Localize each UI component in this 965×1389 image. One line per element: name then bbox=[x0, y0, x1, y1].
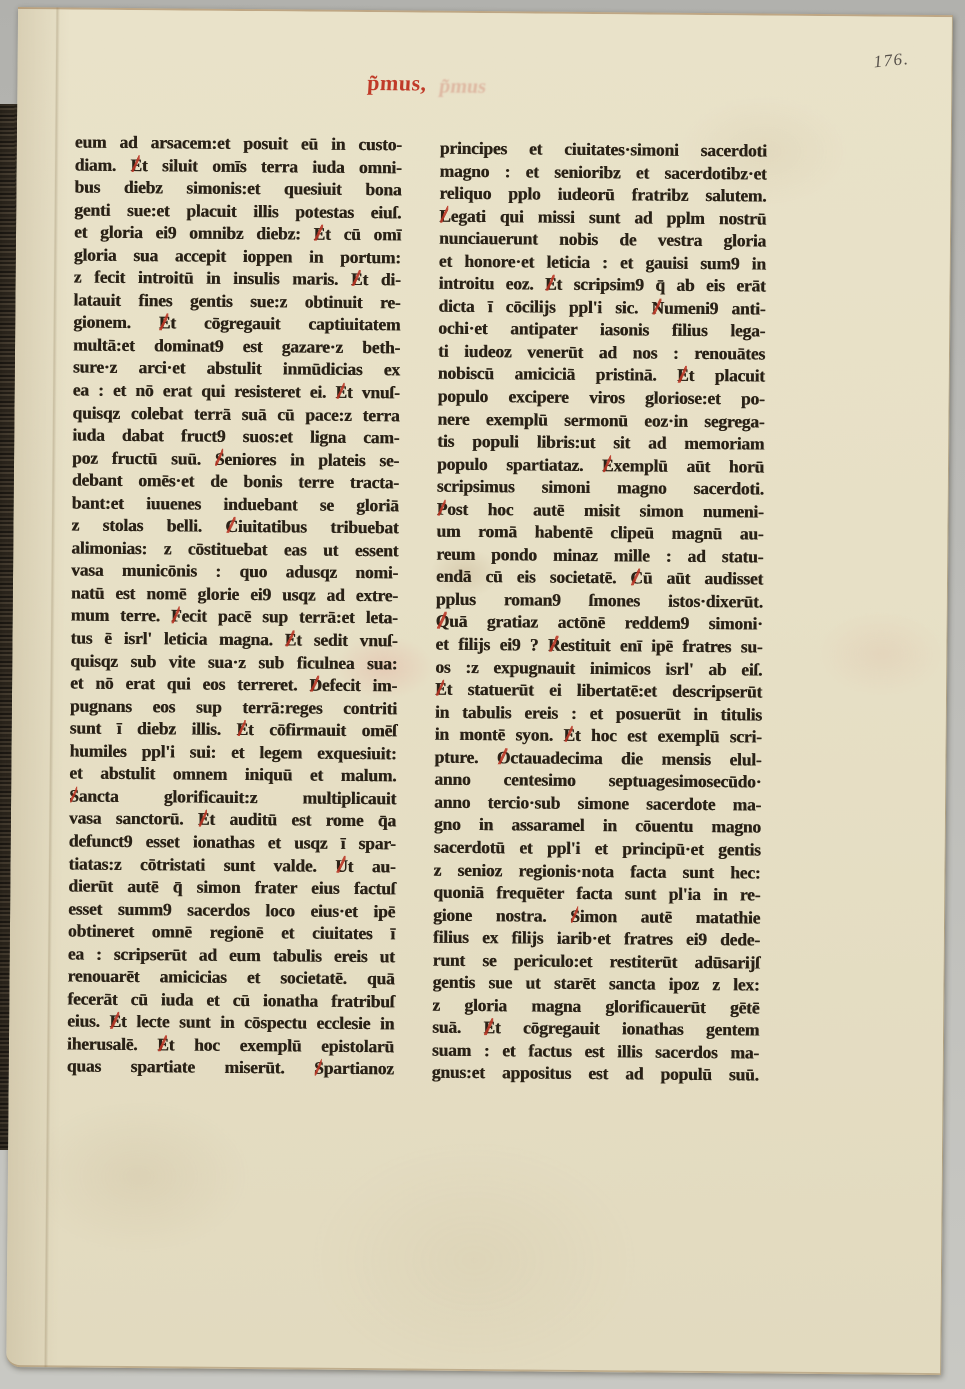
rubricated-initial: E bbox=[677, 365, 689, 385]
rubricated-initial: O bbox=[497, 747, 511, 767]
rubricated-initial: R bbox=[548, 635, 561, 655]
rubricated-initial: Q bbox=[436, 611, 450, 631]
text-line: Legati qui missi sunt ad pplm nostrū bbox=[439, 204, 766, 229]
rubricated-initial: E bbox=[545, 274, 557, 294]
rubricated-initial: E bbox=[313, 224, 325, 244]
text-line: nunciauerunt nobis de vestra gloria bbox=[439, 227, 766, 252]
rubricated-initial: E bbox=[351, 269, 363, 289]
rubricated-initial: E bbox=[130, 155, 142, 175]
text-line: natū est nomē glorie ei9 usqz ad extre- bbox=[71, 581, 398, 606]
text-line: ea : scripserūt ad eum tabulis ereis ut bbox=[68, 942, 395, 967]
rubricated-initial: S bbox=[215, 448, 225, 468]
text-line: gione nostra. Simon autē matathie bbox=[433, 903, 760, 928]
text-line: et abstulit omnem iniquū et malum. bbox=[69, 762, 396, 787]
rubricated-initial: N bbox=[651, 297, 664, 317]
text-line: pugnans eos sup terrā:reges contriti bbox=[70, 694, 397, 719]
text-line: z stolas belli. Ciuitatibus tribuebat bbox=[71, 514, 398, 539]
text-line: bus diebz simonis:et quesiuit bona bbox=[74, 176, 401, 201]
text-line: renouarēt amicicias et societatē. quā bbox=[67, 965, 394, 990]
folio-number: 176. bbox=[873, 49, 911, 72]
text-line: iherusalē. Et hoc exemplū epistolarū bbox=[67, 1032, 394, 1057]
text-line: et honore·et leticia : et gauisi sum9 in bbox=[439, 249, 766, 274]
rubricated-initial: P bbox=[437, 498, 448, 518]
text-line: multā:et dominat9 est gazare·z beth- bbox=[73, 333, 400, 358]
text-line: pture. Octauadecima die mensis elul- bbox=[434, 745, 761, 770]
text-line: suā. Et cōgregauit ionathas gentem bbox=[432, 1016, 759, 1041]
text-line: gloria sua accepit ioppen in portum: bbox=[74, 243, 401, 268]
text-column-right: principes et ciuitates·simoni sacerdotim… bbox=[432, 137, 767, 1087]
text-line: fecerāt cū iuda et cū ionatha fratribuſ bbox=[67, 987, 394, 1012]
text-line: principes et ciuitates·simoni sacerdoti bbox=[440, 137, 767, 162]
text-line: ochi·et antipater iasonis filius lega- bbox=[438, 317, 765, 342]
rubricated-initial: E bbox=[435, 679, 447, 699]
text-line: bant:et iuuenes induebant se gloriā bbox=[72, 491, 399, 516]
scanner-background: { "document": { "kind_label": "illuminat… bbox=[0, 0, 965, 1389]
text-line: et gloria ei9 omnibz diebz: Et cū omī bbox=[74, 221, 401, 246]
text-line: iuda dabat fruct9 suos:et ligna cam- bbox=[72, 424, 399, 449]
text-line: vasa municōnis : quo adusqz nomi- bbox=[71, 559, 398, 584]
text-line: Et statuerūt ei libertatē:et descripserū… bbox=[435, 678, 762, 703]
rubricated-initial: E bbox=[335, 382, 347, 402]
text-line: latauit fines gentis sue:z obtinuit re- bbox=[73, 288, 400, 313]
rubricated-initial: E bbox=[198, 809, 210, 829]
rubricated-initial: E bbox=[602, 455, 614, 475]
text-line: gno in assaramel in cōuentu magno bbox=[434, 813, 761, 838]
text-line: quas spartiate miserūt. Spartianoz bbox=[67, 1055, 394, 1080]
rubricated-initial: S bbox=[570, 905, 580, 925]
rubricated-initial: E bbox=[157, 1034, 169, 1054]
text-line: introitu eoz. Et scripsim9 q̄ ab eis erā… bbox=[439, 272, 766, 297]
text-line: gentis sue ut starēt sancta ipoz z lex: bbox=[432, 971, 759, 996]
text-line: et filijs ei9 ? Restituit enī ipē fratre… bbox=[435, 633, 762, 658]
text-line: poz fructū suū. Seniores in plateis se- bbox=[72, 446, 399, 471]
text-line: runt se periculo:et restiterūt adūsarijſ bbox=[433, 948, 760, 973]
rubricated-initial: F bbox=[171, 606, 182, 626]
rubricated-initial: S bbox=[314, 1058, 324, 1078]
text-line: anno centesimo septuagesimosecūdo· bbox=[434, 768, 761, 793]
text-line: z fecit introitū in insulis maris. Et di… bbox=[74, 266, 401, 291]
text-line: nobiscū amiciciā pristinā. Et placuit bbox=[438, 362, 765, 387]
text-line: in montē syon. Et hoc est exemplū scri- bbox=[435, 723, 762, 748]
text-line: suam : et factus est illis sacerdos ma- bbox=[432, 1039, 759, 1064]
text-line: z gloria magna glorificauerūt gētē bbox=[432, 993, 759, 1018]
rubricated-initial: E bbox=[159, 313, 171, 333]
text-line: eum ad arsacem:et posuit eū in custo- bbox=[75, 131, 402, 156]
rubricated-initial: L bbox=[439, 205, 451, 225]
text-line: gnus:et appositus est ad populū suū. bbox=[432, 1061, 759, 1086]
text-line: scripsimus simoni magno sacerdoti. bbox=[437, 475, 764, 500]
text-line: quisqz sub vite sua·z sub ficulnea sua: bbox=[70, 649, 397, 674]
text-line: tiatas:z cōtristati sunt valde. Ut au- bbox=[68, 852, 395, 877]
text-line: et nō erat qui eos terreret. Defecit im- bbox=[70, 672, 397, 697]
text-line: in tabulis ereis : et posuerūt in tituli… bbox=[435, 700, 762, 725]
text-line: sure·z arci·et abstulit inmūdicias ex bbox=[73, 356, 400, 381]
text-line: anno tercio·sub simone sacerdote ma- bbox=[434, 791, 761, 816]
text-line: Sancta glorificauit:z multiplicauit bbox=[69, 784, 396, 809]
header-rubric: p̃mus, bbox=[367, 72, 428, 95]
text-line: filius ex filijs iarib·et fratres ei9 de… bbox=[433, 926, 760, 951]
text-line: sacerdotū et ppl'i et principū·et gentis bbox=[434, 836, 761, 861]
text-line: endā cū eis societatē. Cū aūt audisset bbox=[436, 565, 763, 590]
text-line: humiles ppl'i sui: et legem exquesiuit: bbox=[69, 739, 396, 764]
text-line: tis populi libris:ut sit ad memoriam bbox=[437, 430, 764, 455]
text-line: dicta ī cōcilijs ppl'i sic. Numeni9 anti… bbox=[438, 295, 765, 320]
rubricated-initial: E bbox=[563, 725, 575, 745]
text-line: magno : et senioribz et sacerdotibz·et bbox=[439, 159, 766, 184]
text-line: ti iudeoz venerūt ad nos : renouātes bbox=[438, 340, 765, 365]
rubricated-initial: C bbox=[630, 568, 643, 588]
text-line: gionem. Et cōgregauit captiuitatem bbox=[73, 311, 400, 336]
text-line: eius. Et lecte sunt in cōspectu ecclesie… bbox=[67, 1010, 394, 1035]
text-line: obtineret omnē regionē et ciuitates ī bbox=[68, 920, 395, 945]
text-line: ea : et nō erat qui resisteret ei. Et vn… bbox=[73, 379, 400, 404]
header-rubric-ghost: p̃mus bbox=[438, 77, 488, 97]
text-line: sunt ī diebz illis. Et cōfirmauit omēſ bbox=[70, 717, 397, 742]
text-line: diam. Et siluit omīs terra iuda omni- bbox=[75, 153, 402, 178]
rubricated-initial: S bbox=[69, 785, 79, 805]
text-line: pplus roman9 ſmones istos·dixerūt. bbox=[436, 588, 763, 613]
text-column-left: eum ad arsacem:et posuit eū in custo-dia… bbox=[67, 131, 402, 1081]
rubricated-initial: C bbox=[225, 516, 238, 536]
rubricated-initial: E bbox=[483, 1017, 495, 1037]
rubricated-initial: E bbox=[285, 629, 297, 649]
rubricated-initial: E bbox=[109, 1011, 121, 1031]
text-line: tus ē isrl' leticia magna. Et sedit vnuſ… bbox=[70, 627, 397, 652]
text-line: quisqz colebat terrā suā cū pace:z terra bbox=[72, 401, 399, 426]
text-line: esset summ9 sacerdos loco eius·et ipē bbox=[68, 897, 395, 922]
text-line: debant omēs·et de bonis terre tracta- bbox=[72, 469, 399, 494]
text-line: os :z expugnauit inimicos isrl' ab eiſ. bbox=[435, 655, 762, 680]
text-line: reum pondo minaz mille : ad statu- bbox=[436, 543, 763, 568]
text-line: alimonias: z cōstituebat eas ut essent bbox=[71, 536, 398, 561]
rubricated-initial: D bbox=[309, 675, 322, 695]
rubricated-initial: U bbox=[335, 855, 348, 875]
text-line: reliquo pplo iudeorū fratribz salutem. bbox=[439, 182, 766, 207]
rubricated-initial: E bbox=[236, 719, 248, 739]
text-line: Post hoc autē misit simon numeni- bbox=[437, 497, 764, 522]
text-line: populo excipere viros gloriose:et po- bbox=[438, 385, 765, 410]
text-line: vasa sanctorū. Et auditū est rome q̄a bbox=[69, 807, 396, 832]
text-line: defunct9 esset ionathas et usqz ī spar- bbox=[69, 829, 396, 854]
text-line: um romā habentē clipeū magnū au- bbox=[436, 520, 763, 545]
text-line: dierūt autē q̄ simon frater eius factuſ bbox=[68, 875, 395, 900]
manuscript-page: p̃mus p̃mus, 176. eum ad arsacem:et posu… bbox=[6, 7, 953, 1375]
text-line: populo spartiataz. Exemplū aūt horū bbox=[437, 452, 764, 477]
text-line: quoniā frequēter facta sunt pl'ia in re- bbox=[433, 881, 760, 906]
text-line: mum terre. Fecit pacē sup terrā:et leta- bbox=[71, 604, 398, 629]
text-line: genti sue:et placuit illis potestas eiuſ… bbox=[74, 198, 401, 223]
text-line: nere exemplū sermonū eoz·in segrega- bbox=[437, 407, 764, 432]
text-line: Quā gratiaz actōnē reddem9 simoni· bbox=[436, 610, 763, 635]
text-line: z senioz regionis·nota facta sunt hec: bbox=[433, 858, 760, 883]
